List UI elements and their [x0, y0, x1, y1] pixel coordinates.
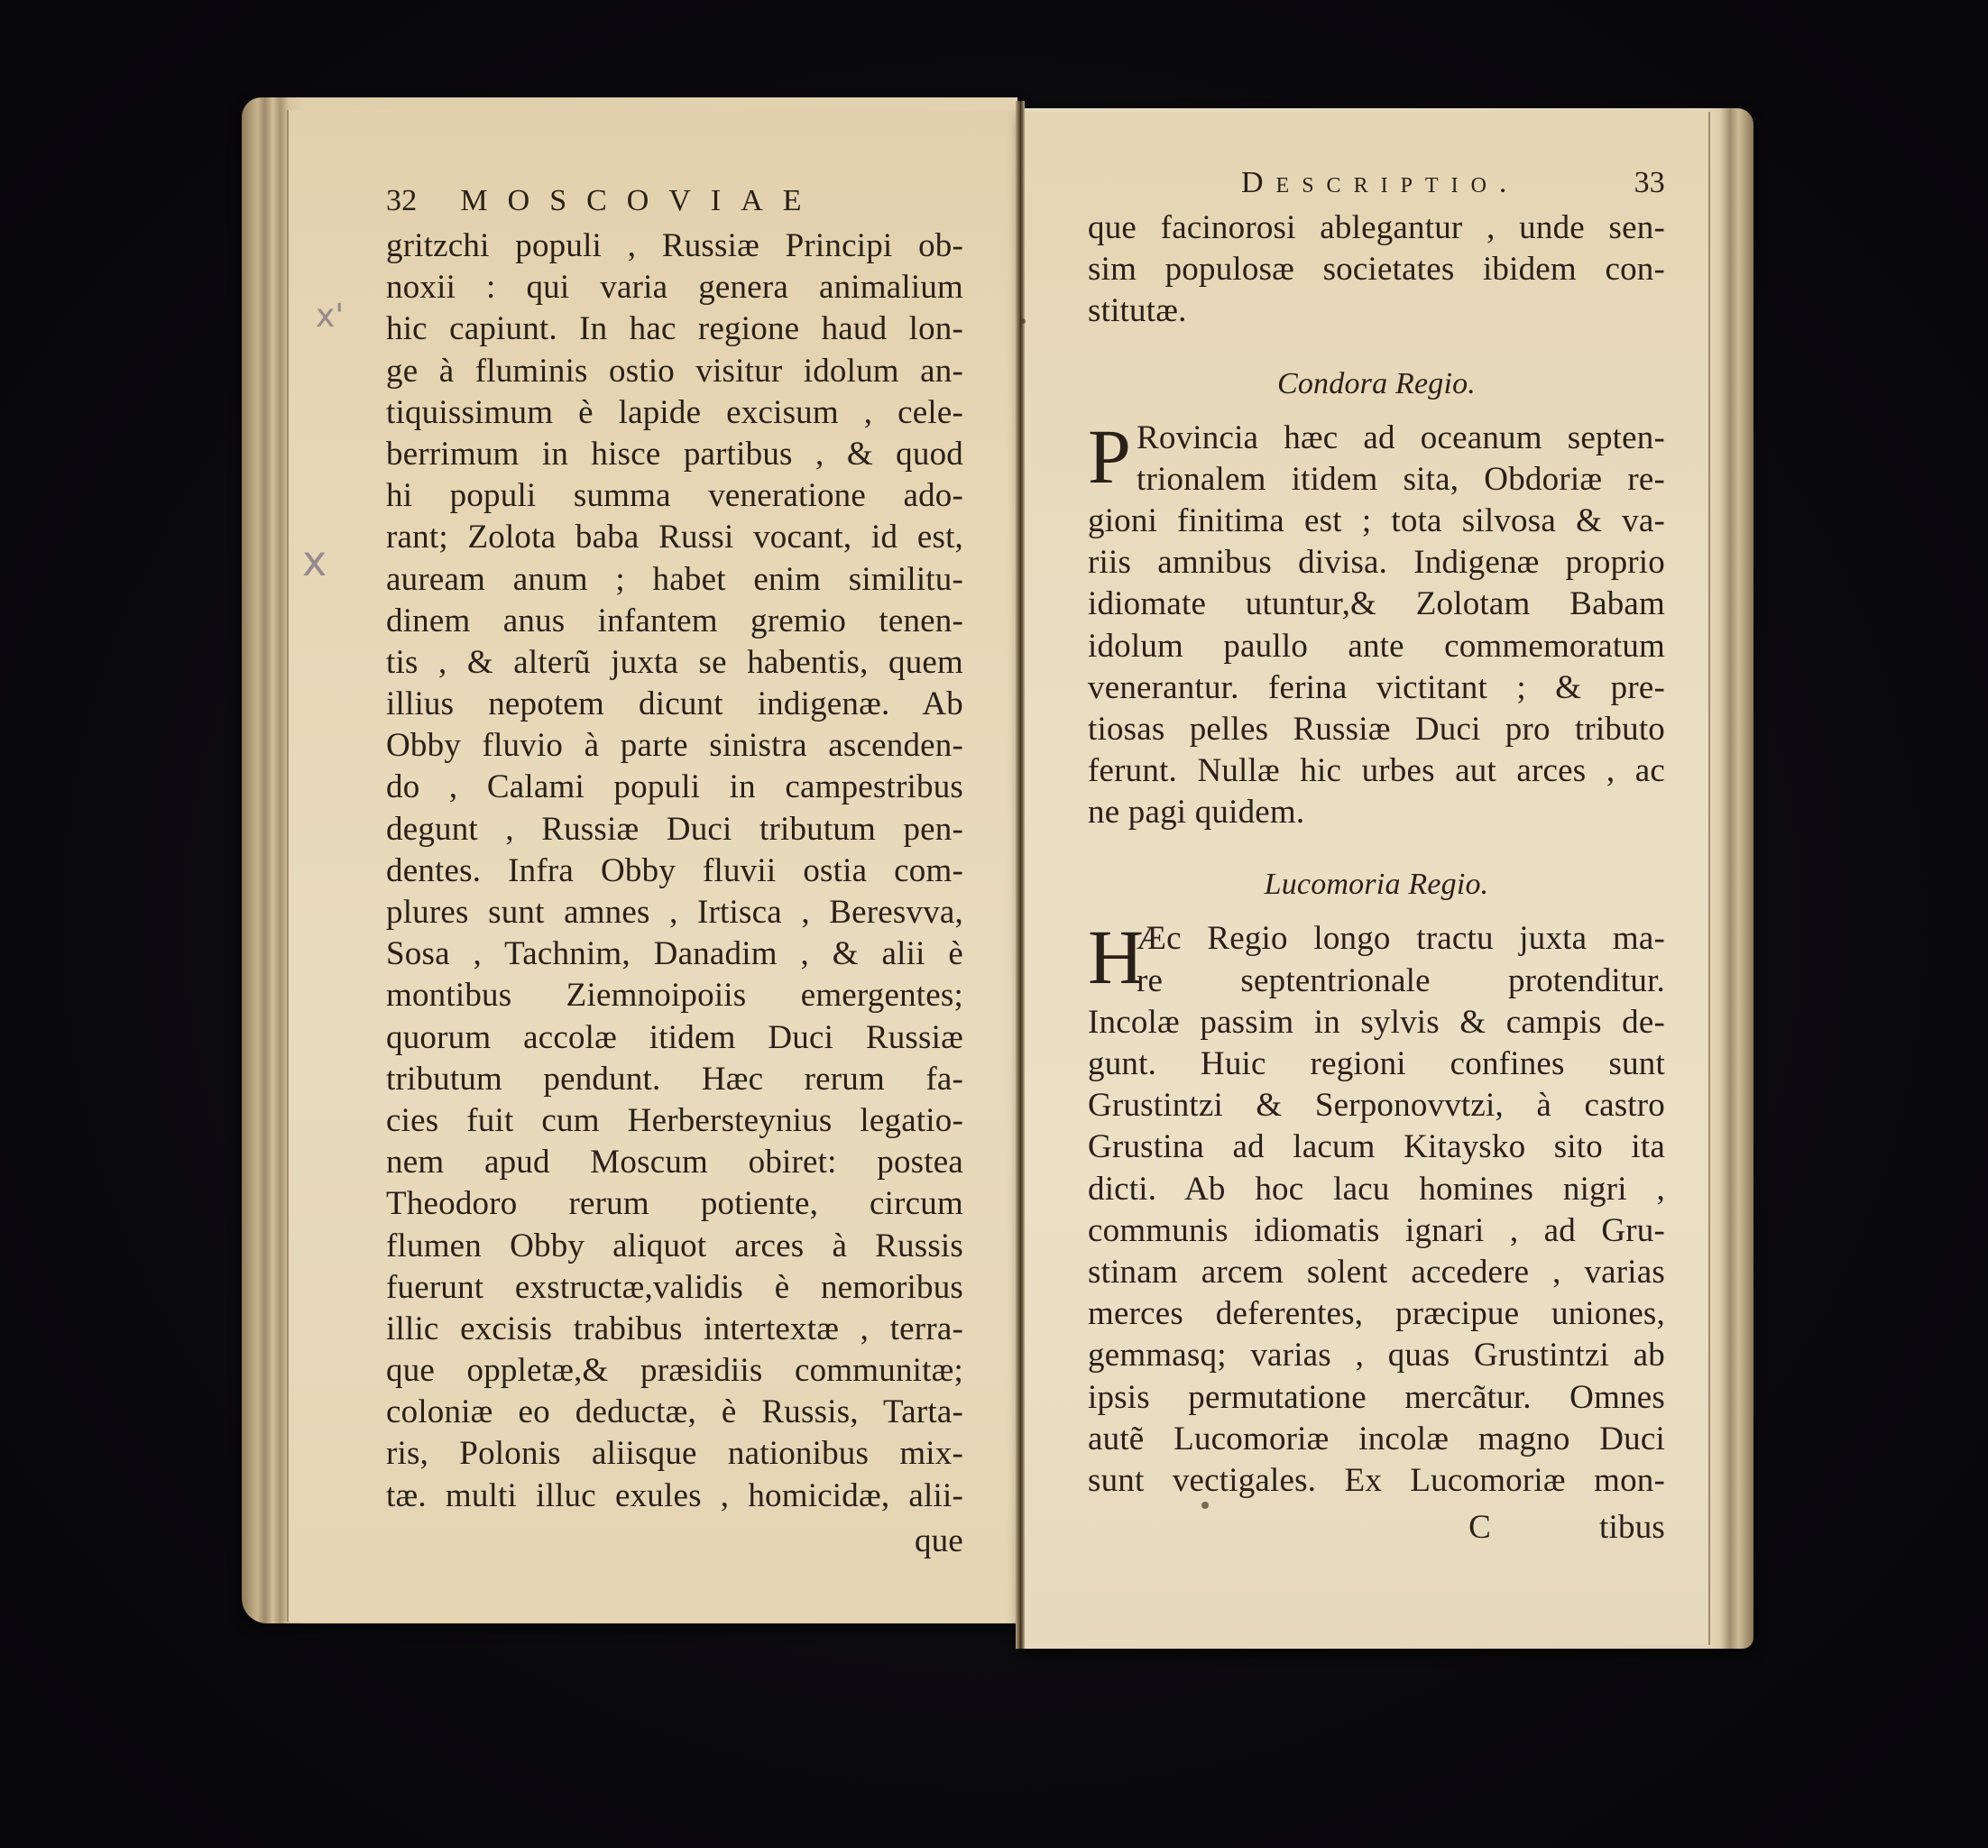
text-line: sim populosæ societates ibidem con-	[1088, 249, 1665, 290]
page-number: 32	[386, 180, 417, 222]
text-line: stinam arcem solent accedere , varias	[1088, 1252, 1665, 1293]
text-line: berrimum in hisce partibus , & quod	[386, 434, 963, 475]
text-line: hi populi summa veneratione ado-	[386, 475, 963, 517]
text-line: tæ. multi illuc exules , homicidæ, alii-	[386, 1476, 963, 1517]
paragraph-condora: P Rovincia hæc ad oceanum septen- triona…	[1088, 418, 1665, 834]
text-line: coloniæ eo deductæ, è Russis, Tarta-	[386, 1392, 963, 1433]
text-line: auream anum ; habet enim similitu-	[386, 559, 963, 601]
text-line: idolum paullo ante commemoratum	[1088, 626, 1665, 667]
left-page-header: 32 Moscoviae	[386, 180, 963, 225]
text-line: cies fuit cum Herbersteynius legatio-	[386, 1100, 963, 1142]
right-page-header: Descriptio. 33	[1088, 162, 1665, 207]
text-line: Grustintzi & Serponovvtzi, à castro	[1088, 1085, 1665, 1126]
text-line: dinem anus infantem gremio tenen-	[386, 601, 963, 642]
text-line: dicti. Ab hoc lacu homines nigri ,	[1088, 1169, 1665, 1210]
text-line: ris, Polonis aliisque nationibus mix-	[386, 1433, 963, 1475]
text-line: dentes. Infra Obby fluvii ostia com-	[386, 850, 963, 892]
text-line: trionalem itidem sita, Obdoriæ re-	[1088, 459, 1665, 501]
text-line: communis idiomatis ignari , ad Gru-	[1088, 1210, 1665, 1252]
text-line: hic capiunt. In hac regione haud lon-	[386, 308, 963, 350]
text-line: ne pagi quidem.	[1088, 792, 1665, 833]
text-line: riis amnibus divisa. Indigenæ proprio	[1088, 542, 1665, 584]
running-head: Descriptio.	[1241, 162, 1519, 204]
text-line: gritzchi populi , Russiæ Principi ob-	[386, 225, 963, 267]
text-line: Grustina ad lacum Kitaysko sito ita	[1088, 1126, 1665, 1168]
text-line: illius nepotem dicunt indigenæ. Ab	[386, 684, 963, 725]
text-line: venerantur. ferina victitant ; & pre-	[1088, 667, 1665, 709]
text-line: nem apud Moscum obiret: postea	[386, 1142, 963, 1183]
text-line: autẽ Lucomoriæ incolæ magno Duci	[1088, 1419, 1665, 1460]
text-line: que oppletæ,& præsidiis communitæ;	[386, 1350, 963, 1392]
text-line: flumen Obby aliquot arces à Russis	[386, 1226, 963, 1267]
text-line: Obby fluvio à parte sinistra ascenden-	[386, 725, 963, 767]
text-line: noxii : qui varia genera animalium	[386, 267, 963, 308]
section-title-lucomoria: Lucomoria Regio.	[1088, 864, 1665, 906]
text-line: Æc Regio longo tractu juxta ma-	[1088, 918, 1665, 960]
text-line: rant; Zolota baba Russi vocant, id est,	[386, 517, 963, 558]
text-line: sunt vectigales. Ex Lucomoriæ mon-	[1088, 1460, 1665, 1502]
text-line: stitutæ.	[1088, 290, 1665, 332]
text-line: do , Calami populi in campestribus	[386, 767, 963, 808]
text-line: Incolæ passim in sylvis & campis de-	[1088, 1002, 1665, 1044]
book-gutter	[1016, 101, 1025, 1649]
text-line: montibus Ziemnoipoiis emergentes;	[386, 975, 963, 1016]
text-line: idiomate utuntur,& Zolotam Babam	[1088, 584, 1665, 625]
catchword: tibus	[1599, 1507, 1665, 1549]
text-line: re septentrionale protenditur.	[1088, 961, 1665, 1002]
text-line: gemmasq; varias , quas Grustintzi ab	[1088, 1335, 1665, 1376]
section-title-condora: Condora Regio.	[1088, 363, 1665, 405]
text-line: plures sunt amnes , Irtisca , Beresvva,	[386, 892, 963, 933]
text-line: ferunt. Nullæ hic urbes aut arces , ac	[1088, 750, 1665, 792]
signature-mark: C	[1468, 1507, 1491, 1549]
text-line: merces deferentes, præcipue uniones,	[1088, 1293, 1665, 1335]
catchword: que	[386, 1521, 963, 1562]
margin-annotation-x: x	[302, 537, 327, 585]
text-line: tributum pendunt. Hæc rerum fa-	[386, 1059, 963, 1100]
text-line: gioni finitima est ; tota silvosa & va-	[1088, 501, 1665, 542]
text-line: ipsis permutatione mercãtur. Omnes	[1088, 1377, 1665, 1419]
text-line: ge à fluminis ostio visitur idolum an-	[386, 351, 963, 392]
paper-speck	[1020, 318, 1026, 324]
text-line: tiosas pelles Russiæ Duci pro tributo	[1088, 709, 1665, 750]
text-line: illic excisis trabibus intertextæ , terr…	[386, 1309, 963, 1350]
margin-annotation-x-prime: x'	[316, 298, 344, 335]
text-line: degunt , Russiæ Duci tributum pen-	[386, 809, 963, 850]
text-line: tis , & alterũ juxta se habentis, quem	[386, 642, 963, 684]
text-line: Sosa , Tachnim, Danadim , & alii è	[386, 933, 963, 975]
drop-cap: P	[1088, 419, 1131, 493]
text-line: Rovincia hæc ad oceanum septen-	[1088, 418, 1665, 459]
text-line: Theodoro rerum potiente, circum	[386, 1183, 963, 1225]
left-page-text: 32 Moscoviae gritzchi populi , Russiæ Pr…	[386, 180, 963, 1562]
text-line: tiquissimum è lapide excisum , cele-	[386, 392, 963, 434]
running-head: Moscoviae	[460, 180, 821, 222]
text-line: fuerunt exstructæ,validis è nemoribus	[386, 1267, 963, 1309]
text-line: gunt. Huic regioni confines sunt	[1088, 1044, 1665, 1085]
text-line: que facinorosi ablegantur , unde sen-	[1088, 207, 1665, 249]
right-page-footer: C tibus	[1088, 1507, 1665, 1549]
drop-cap: H	[1088, 920, 1144, 994]
paragraph-lucomoria: H Æc Regio longo tractu juxta ma- re sep…	[1088, 918, 1665, 1502]
text-line: quorum accolæ itidem Duci Russiæ	[386, 1017, 963, 1059]
right-page-text: Descriptio. 33 que facinorosi ablegantur…	[1088, 162, 1665, 1549]
book-photo: x' x 32 Moscoviae gritzchi populi , Russ…	[0, 0, 1988, 1848]
page-number: 33	[1634, 162, 1665, 204]
